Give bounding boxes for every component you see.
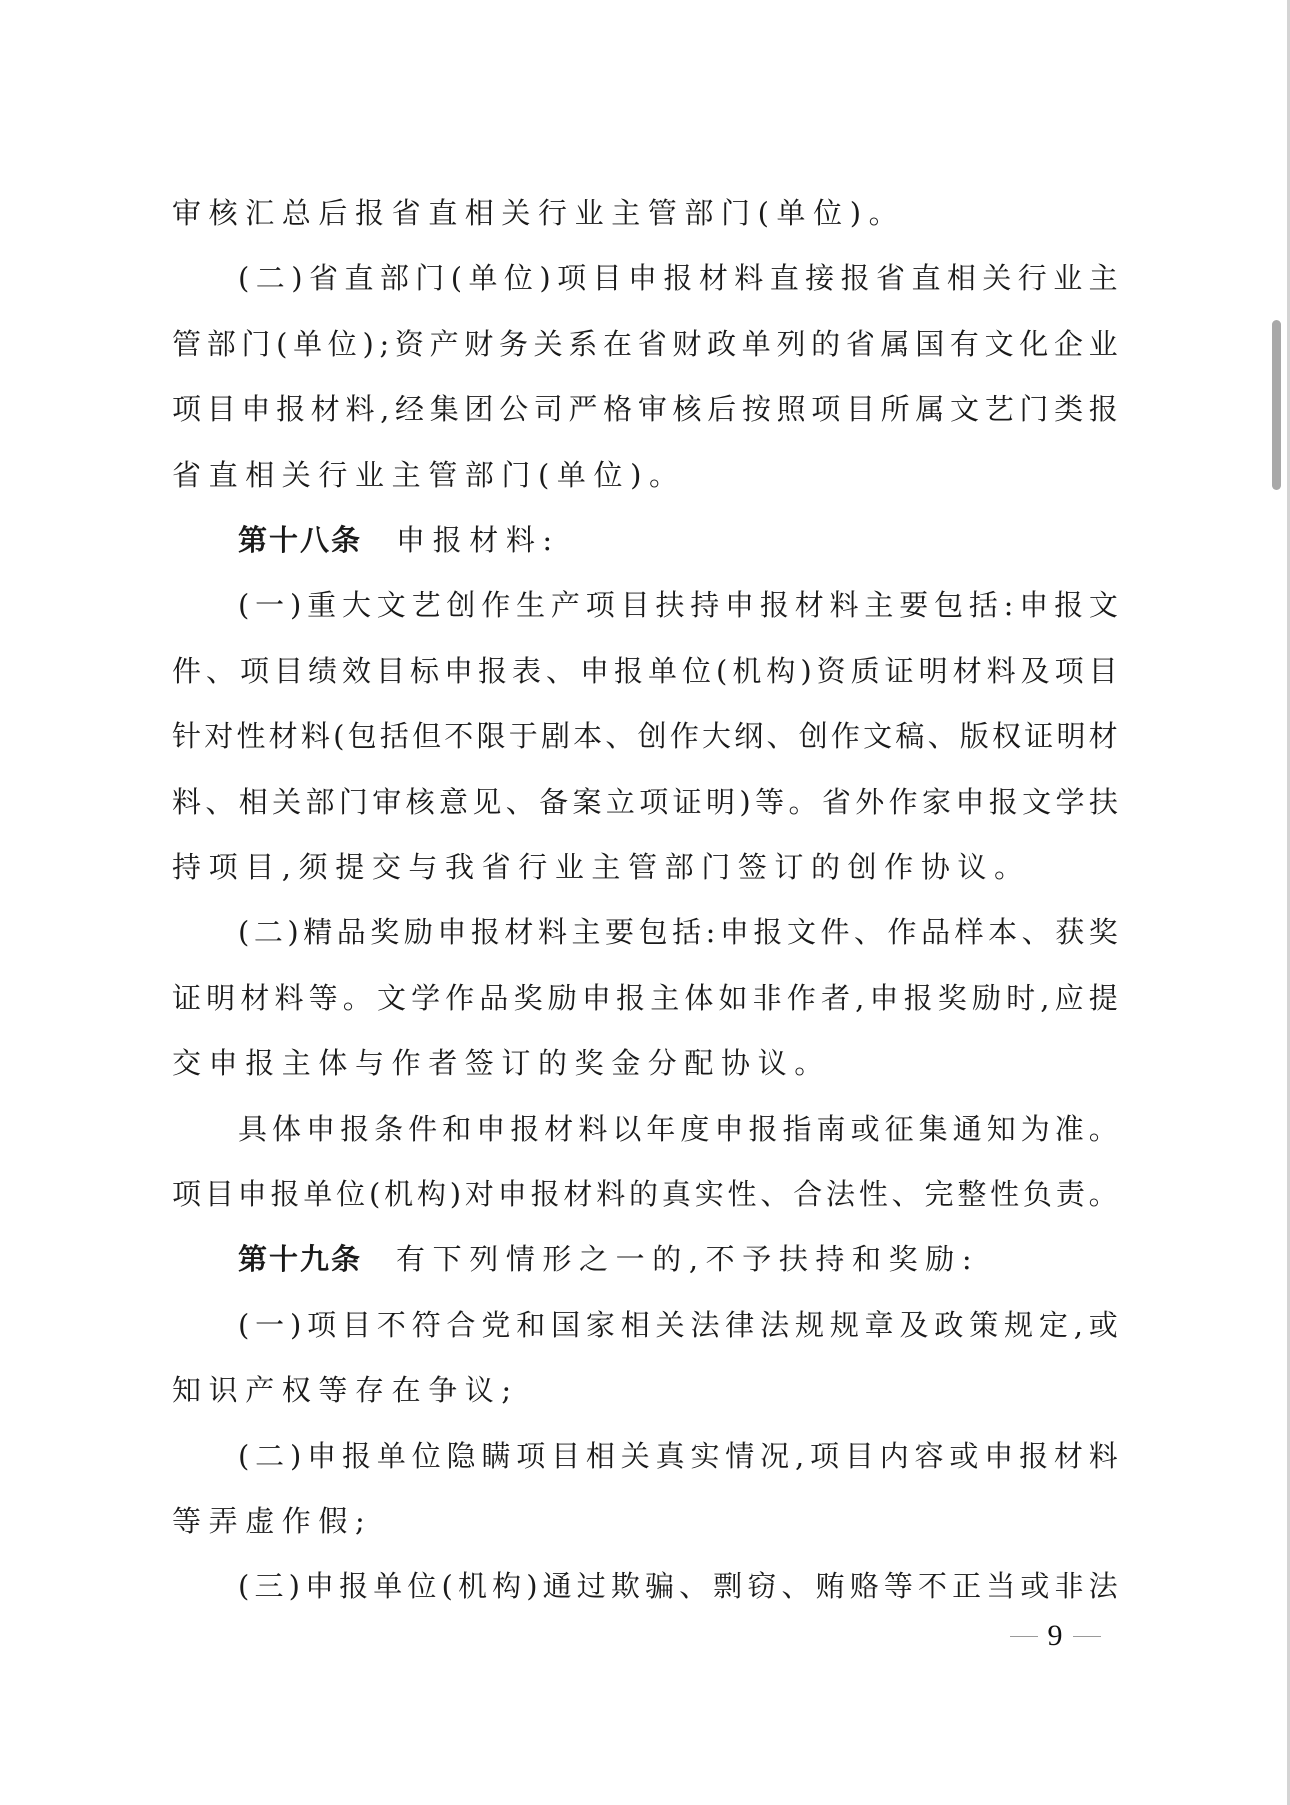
- text-line: (二)省直部门(单位)项目申报材料直接报省直相关行业主: [238, 258, 1118, 298]
- text-line: (一)项目不符合党和国家相关法律法规规章及政策规定,或: [238, 1305, 1118, 1345]
- text-line: 项目申报材料,经集团公司严格审核后按照项目所属文艺门类报: [172, 389, 1118, 429]
- text-line: 审核汇总后报省直相关行业主管部门(单位)。: [172, 193, 1118, 233]
- article-title: 申报材料:: [396, 523, 560, 557]
- page-number-value: 9: [1048, 1619, 1063, 1653]
- text-line: (二)精品奖励申报材料主要包括:申报文件、作品样本、获奖: [238, 912, 1118, 952]
- article-title: 有下列情形之一的,不予扶持和奖励:: [396, 1242, 979, 1276]
- page-number-dash-right: [1073, 1636, 1101, 1637]
- text-line: 项目申报单位(机构)对申报材料的真实性、合法性、完整性负责。: [172, 1174, 1118, 1214]
- text-line: 具体申报条件和申报材料以年度申报指南或征集通知为准。: [238, 1109, 1118, 1149]
- text-line: (三)申报单位(机构)通过欺骗、剽窃、贿赂等不正当或非法: [238, 1566, 1118, 1606]
- text-line: 省直相关行业主管部门(单位)。: [172, 455, 1118, 495]
- page-number: 9: [1000, 1616, 1110, 1656]
- page-number-dash-left: [1010, 1636, 1038, 1637]
- scrollbar-track[interactable]: [1268, 0, 1286, 1805]
- text-line: 交申报主体与作者签订的奖金分配协议。: [172, 1043, 1118, 1083]
- article-number: 第十九条: [238, 1242, 362, 1276]
- document-page: 审核汇总后报省直相关行业主管部门(单位)。(二)省直部门(单位)项目申报材料直接…: [0, 0, 1287, 1805]
- text-line: 等弄虚作假;: [172, 1501, 1118, 1541]
- text-line: 料、相关部门审核意见、备案立项证明)等。省外作家申报文学扶: [172, 782, 1118, 822]
- scrollbar-thumb[interactable]: [1272, 320, 1281, 490]
- text-line: 知识产权等存在争议;: [172, 1370, 1118, 1410]
- text-line: (二)申报单位隐瞒项目相关真实情况,项目内容或申报材料: [238, 1436, 1118, 1476]
- text-line: 件、项目绩效目标申报表、申报单位(机构)资质证明材料及项目: [172, 651, 1118, 691]
- article-number: 第十八条: [238, 523, 362, 557]
- text-line: (一)重大文艺创作生产项目扶持申报材料主要包括:申报文: [238, 585, 1118, 625]
- article-heading-line: 第十八条申报材料:: [238, 520, 1118, 560]
- text-line: 持项目,须提交与我省行业主管部门签订的创作协议。: [172, 847, 1118, 887]
- article-heading-line: 第十九条有下列情形之一的,不予扶持和奖励:: [238, 1239, 1118, 1279]
- text-line: 证明材料等。文学作品奖励申报主体如非作者,申报奖励时,应提: [172, 978, 1118, 1018]
- text-line: 针对性材料(包括但不限于剧本、创作大纲、创作文稿、版权证明材: [172, 716, 1118, 756]
- text-line: 管部门(单位);资产财务关系在省财政单列的省属国有文化企业: [172, 324, 1118, 364]
